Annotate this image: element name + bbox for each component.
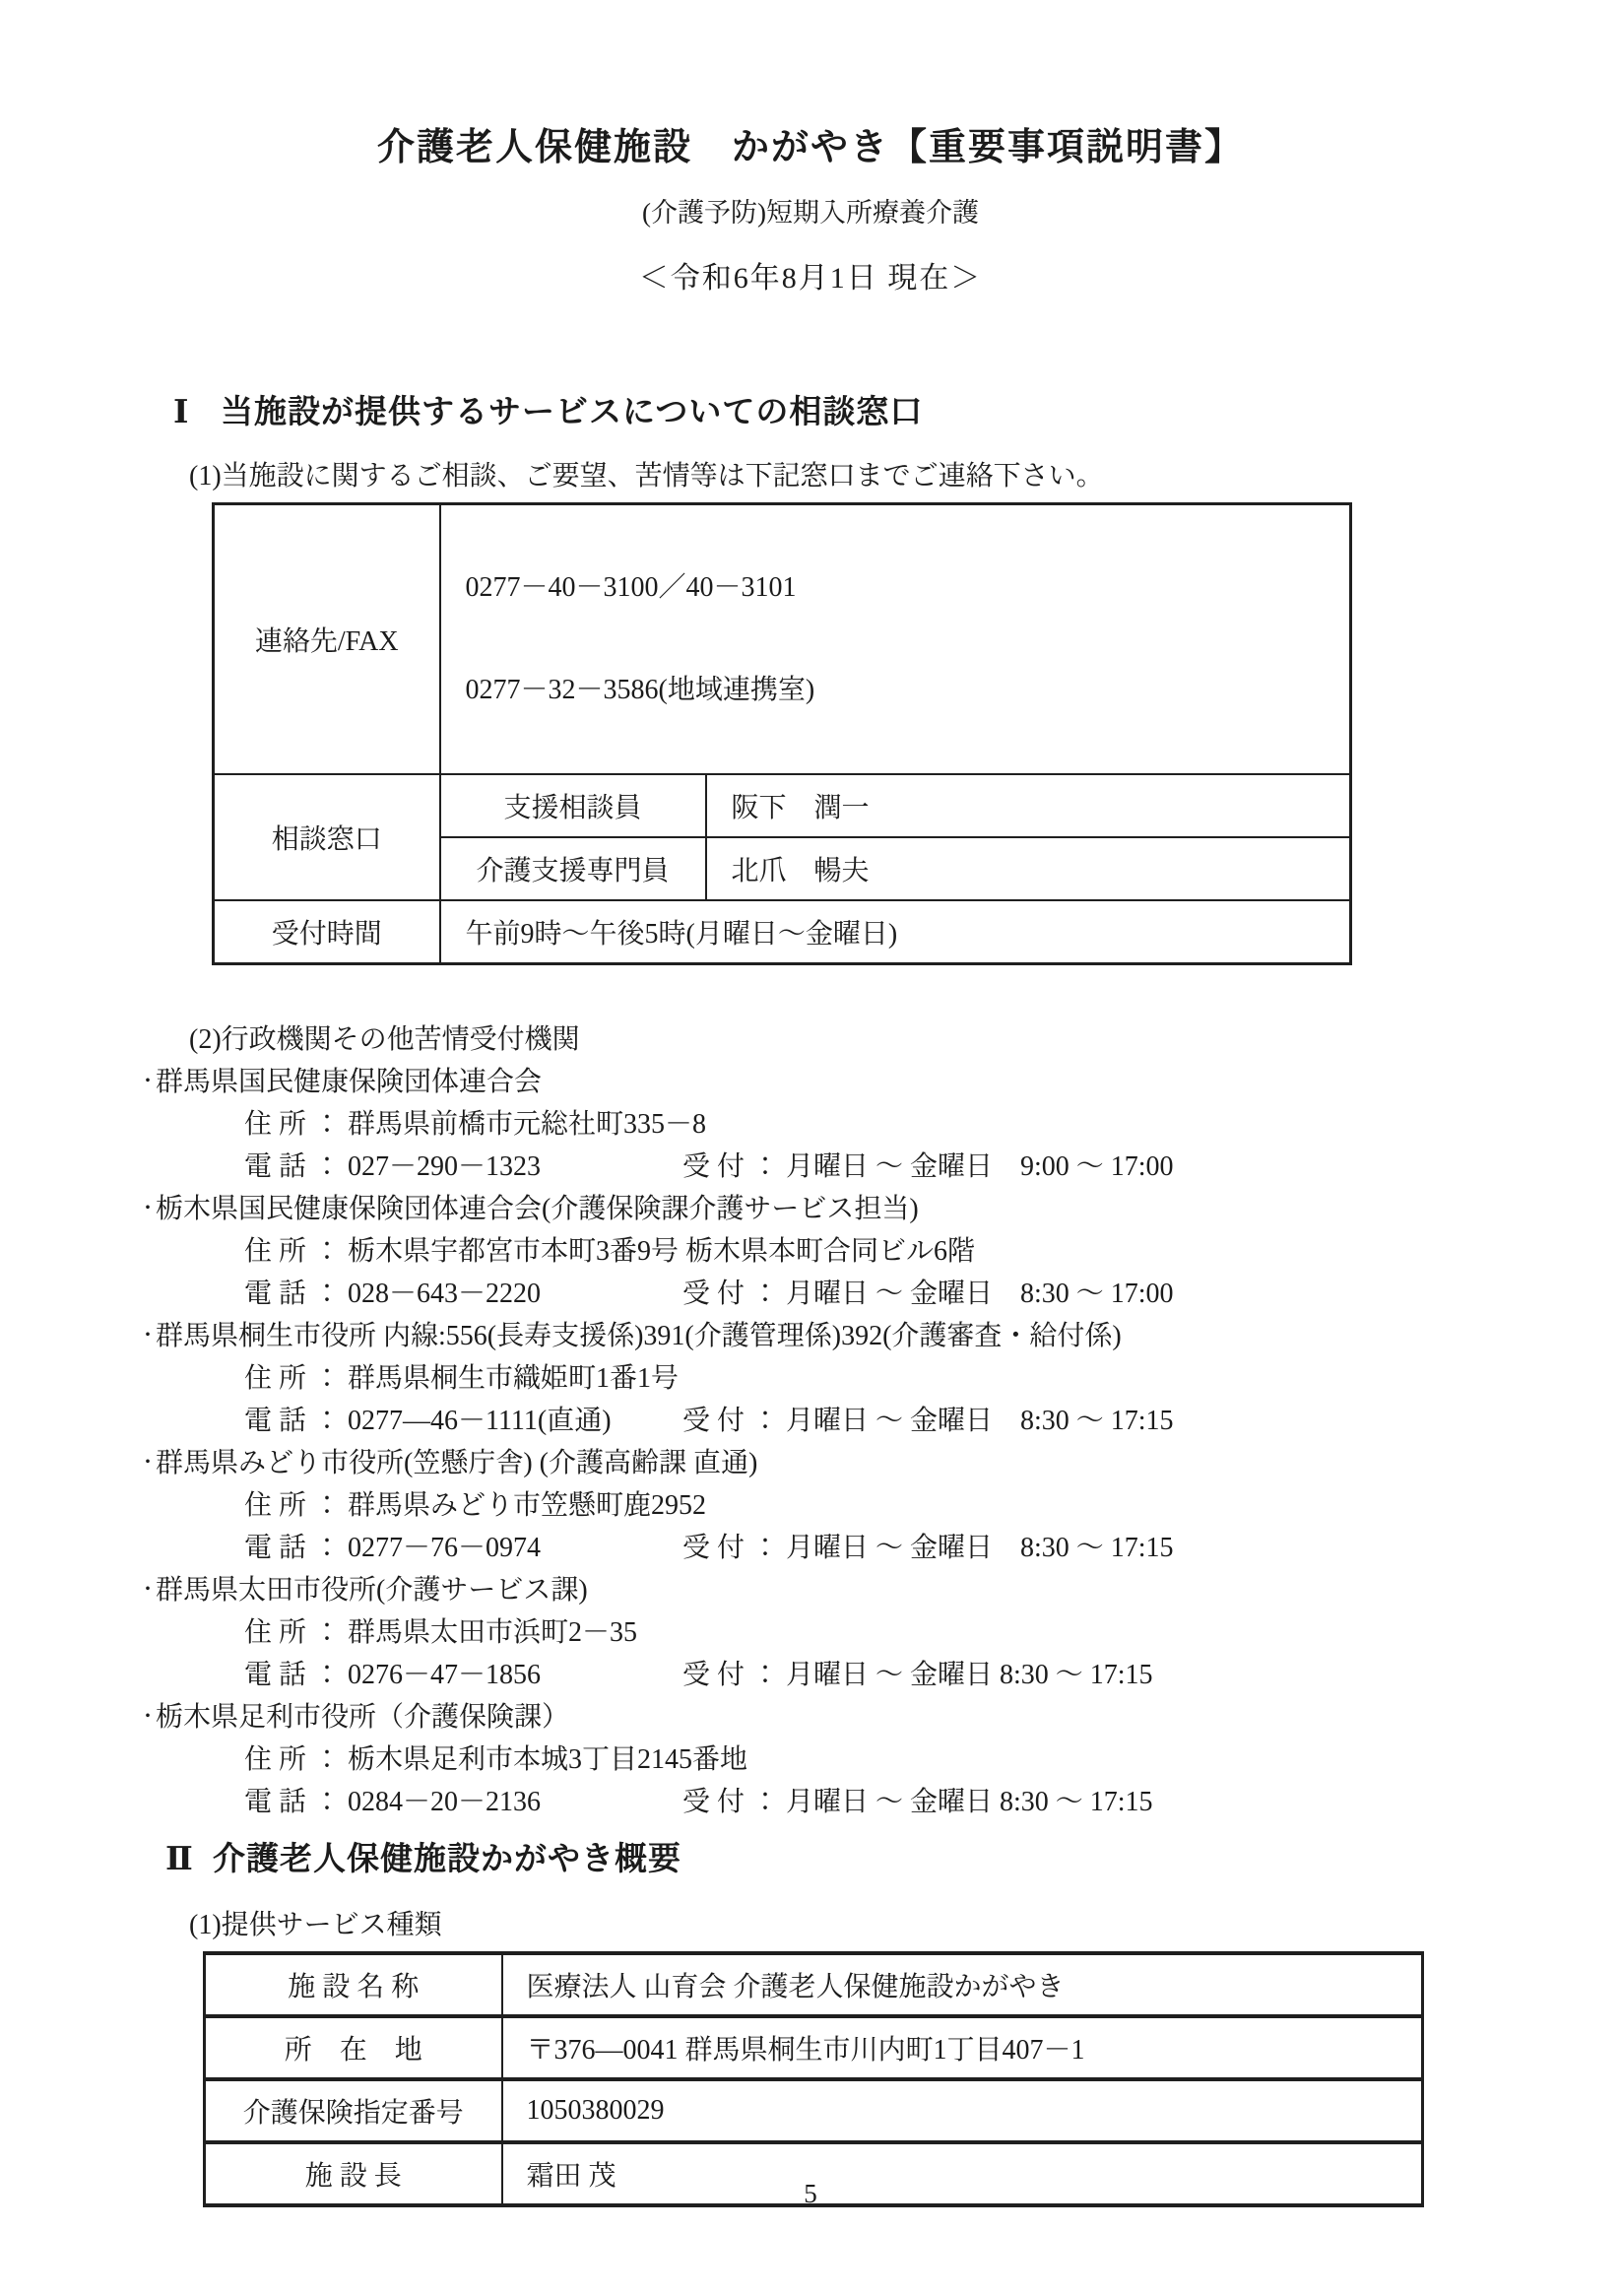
agency-item: ・群馬県みどり市役所(笠懸庁舎) (介護高齢課 直通) 住 所 ： 群馬県みどり… (0, 1442, 1621, 1569)
agency-address: 住 所 ： 栃木県宇都宮市本町3番9号 栃木県本町合同ビル6階 (244, 1230, 1621, 1273)
agency-name: 栃木県足利市役所（介護保険課） (156, 1696, 569, 1738)
phone-fax-line-1: 0277－40－3100／40－3101 (466, 568, 1350, 608)
agency-list: ・群馬県国民健康保険団体連合会 住 所 ： 群馬県前橋市元総社町335－8 電 … (0, 1061, 1621, 1823)
role-care-manager: 介護支援専門員 (440, 837, 706, 900)
counter-label: 相談窓口 (214, 774, 440, 900)
agency-phone-line: 電 話 ： 0284－20－2136受 付 ： 月曜日 ～ 金曜日 8:30 ～… (244, 1781, 1621, 1823)
agency-reception: 受 付 ： 月曜日 ～ 金曜日 8:30 ～ 17:15 (682, 1654, 1153, 1696)
agency-address: 住 所 ： 群馬県桐生市織姫町1番1号 (244, 1357, 1621, 1400)
contact-phones: 0277－40－3100／40－3101 0277－32－3586(地域連携室) (440, 504, 1351, 775)
agency-item: ・栃木県国民健康保険団体連合会(介護保険課介護サービス担当) 住 所 ： 栃木県… (0, 1188, 1621, 1315)
section-2-number: Ⅱ (165, 1837, 213, 1882)
bullet-marker: ・ (138, 1696, 156, 1738)
agency-reception: 受 付 ： 月曜日 ～ 金曜日 8:30 ～ 17:00 (682, 1273, 1174, 1315)
bullet-marker: ・ (138, 1188, 156, 1230)
role-support-counselor: 支援相談員 (440, 774, 706, 837)
agency-phone-line: 電 話 ： 0277－76－0974受 付 ： 月曜日 ～ 金曜日 8:30 ～… (244, 1527, 1621, 1569)
agency-item: ・群馬県国民健康保険団体連合会 住 所 ： 群馬県前橋市元総社町335－8 電 … (0, 1061, 1621, 1188)
facility-table: 施 設 名 称 医療法人 山育会 介護老人保健施設かがやき 所 在 地 〒376… (203, 1951, 1424, 2207)
section-1-title: 当施設が提供するサービスについての相談窓口 (221, 395, 923, 430)
service-types-heading: (1)提供サービス種類 (189, 1906, 1621, 1945)
agency-name: 群馬県国民健康保険団体連合会 (156, 1061, 542, 1103)
facility-insurance-number-value: 1050380029 (502, 2079, 1423, 2142)
agency-name: 群馬県太田市役所(介護サービス課) (156, 1569, 588, 1611)
agency-address: 住 所 ： 群馬県前橋市元総社町335－8 (244, 1103, 1621, 1146)
doc-date: ＜令和6年8月1日 現在＞ (0, 258, 1621, 299)
agency-phone: 電 話 ： 0284－20－2136 (244, 1781, 682, 1823)
agency-phone: 電 話 ： 027－290－1323 (244, 1146, 682, 1188)
agency-phone: 電 話 ： 0276－47－1856 (244, 1654, 682, 1696)
phone-fax-line-2: 0277－32－3586(地域連携室) (466, 671, 1350, 710)
agency-name: 栃木県国民健康保険団体連合会(介護保険課介護サービス担当) (156, 1188, 919, 1230)
doc-title: 介護老人保健施設 かがやき【重要事項説明書】 (0, 0, 1621, 169)
agency-address: 住 所 ： 栃木県足利市本城3丁目2145番地 (244, 1738, 1621, 1781)
table-row: 受付時間 午前9時～午後5時(月曜日～金曜日) (214, 900, 1351, 963)
agency-reception: 受 付 ： 月曜日 ～ 金曜日 8:30 ～ 17:15 (682, 1781, 1153, 1823)
agency-reception: 受 付 ： 月曜日 ～ 金曜日 8:30 ～ 17:15 (682, 1527, 1174, 1569)
name-care-manager: 北爪 暢夫 (706, 837, 1351, 900)
agency-reception: 受 付 ： 月曜日 ～ 金曜日 9:00 ～ 17:00 (682, 1146, 1174, 1188)
document-page: 介護老人保健施設 かがやき【重要事項説明書】 (介護予防)短期入所療養介護 ＜令… (0, 0, 1621, 2296)
facility-address-label: 所 在 地 (205, 2016, 502, 2079)
agency-phone-line: 電 話 ： 0277―46－1111(直通)受 付 ： 月曜日 ～ 金曜日 8:… (244, 1400, 1621, 1442)
agency-phone: 電 話 ： 0277－76－0974 (244, 1527, 682, 1569)
agency-phone: 電 話 ： 0277―46－1111(直通) (244, 1400, 682, 1442)
facility-name-value: 医療法人 山育会 介護老人保健施設かがやき (502, 1953, 1423, 2016)
agency-phone: 電 話 ： 028－643－2220 (244, 1273, 682, 1315)
facility-insurance-number-label: 介護保険指定番号 (205, 2079, 502, 2142)
section-2-heading: Ⅱ介護老人保健施設かがやき概要 (165, 1837, 1621, 1882)
contact-label: 連絡先/FAX (214, 504, 440, 775)
table-row: 施 設 名 称 医療法人 山育会 介護老人保健施設かがやき (205, 1953, 1423, 2016)
agency-reception: 受 付 ： 月曜日 ～ 金曜日 8:30 ～ 17:15 (682, 1400, 1174, 1442)
page-number: 5 (0, 2179, 1621, 2209)
section-2-title: 介護老人保健施設かがやき概要 (213, 1842, 681, 1877)
doc-subtitle: (介護予防)短期入所療養介護 (0, 195, 1621, 230)
name-support-counselor: 阪下 潤一 (706, 774, 1351, 837)
section-1-intro: (1)当施設に関するご相談、ご要望、苦情等は下記窓口までご連絡下さい。 (189, 457, 1621, 496)
facility-name-label: 施 設 名 称 (205, 1953, 502, 2016)
agency-name: 群馬県みどり市役所(笠懸庁舎) (介護高齢課 直通) (156, 1442, 757, 1484)
section-1-number: Ⅰ (173, 390, 221, 435)
agency-address: 住 所 ： 群馬県みどり市笠懸町鹿2952 (244, 1484, 1621, 1527)
agency-item: ・群馬県桐生市役所 内線:556(長寿支援係)391(介護管理係)392(介護審… (0, 1315, 1621, 1442)
bullet-marker: ・ (138, 1061, 156, 1103)
agency-item: ・群馬県太田市役所(介護サービス課) 住 所 ： 群馬県太田市浜町2－35 電 … (0, 1569, 1621, 1696)
agency-item: ・栃木県足利市役所（介護保険課） 住 所 ： 栃木県足利市本城3丁目2145番地… (0, 1696, 1621, 1823)
bullet-marker: ・ (138, 1442, 156, 1484)
section-1-heading: Ⅰ当施設が提供するサービスについての相談窓口 (173, 390, 1621, 435)
table-row: 相談窓口 支援相談員 阪下 潤一 (214, 774, 1351, 837)
facility-address-value: 〒376―0041 群馬県桐生市川内町1丁目407－1 (502, 2016, 1423, 2079)
agency-address: 住 所 ： 群馬県太田市浜町2－35 (244, 1611, 1621, 1654)
table-row: 介護保険指定番号 1050380029 (205, 2079, 1423, 2142)
table-row: 所 在 地 〒376―0041 群馬県桐生市川内町1丁目407－1 (205, 2016, 1423, 2079)
agency-phone-line: 電 話 ： 028－643－2220受 付 ： 月曜日 ～ 金曜日 8:30 ～… (244, 1273, 1621, 1315)
table-row: 連絡先/FAX 0277－40－3100／40－3101 0277－32－358… (214, 504, 1351, 775)
complaints-heading: (2)行政機関その他苦情受付機関 (189, 1018, 1621, 1061)
bullet-marker: ・ (138, 1315, 156, 1357)
hours-label: 受付時間 (214, 900, 440, 963)
hours-value: 午前9時～午後5時(月曜日～金曜日) (440, 900, 1351, 963)
agency-phone-line: 電 話 ： 027－290－1323受 付 ： 月曜日 ～ 金曜日 9:00 ～… (244, 1146, 1621, 1188)
bullet-marker: ・ (138, 1569, 156, 1611)
agency-name: 群馬県桐生市役所 内線:556(長寿支援係)391(介護管理係)392(介護審査… (156, 1315, 1122, 1357)
contact-table: 連絡先/FAX 0277－40－3100／40－3101 0277－32－358… (212, 502, 1352, 965)
agency-phone-line: 電 話 ： 0276－47－1856受 付 ： 月曜日 ～ 金曜日 8:30 ～… (244, 1654, 1621, 1696)
